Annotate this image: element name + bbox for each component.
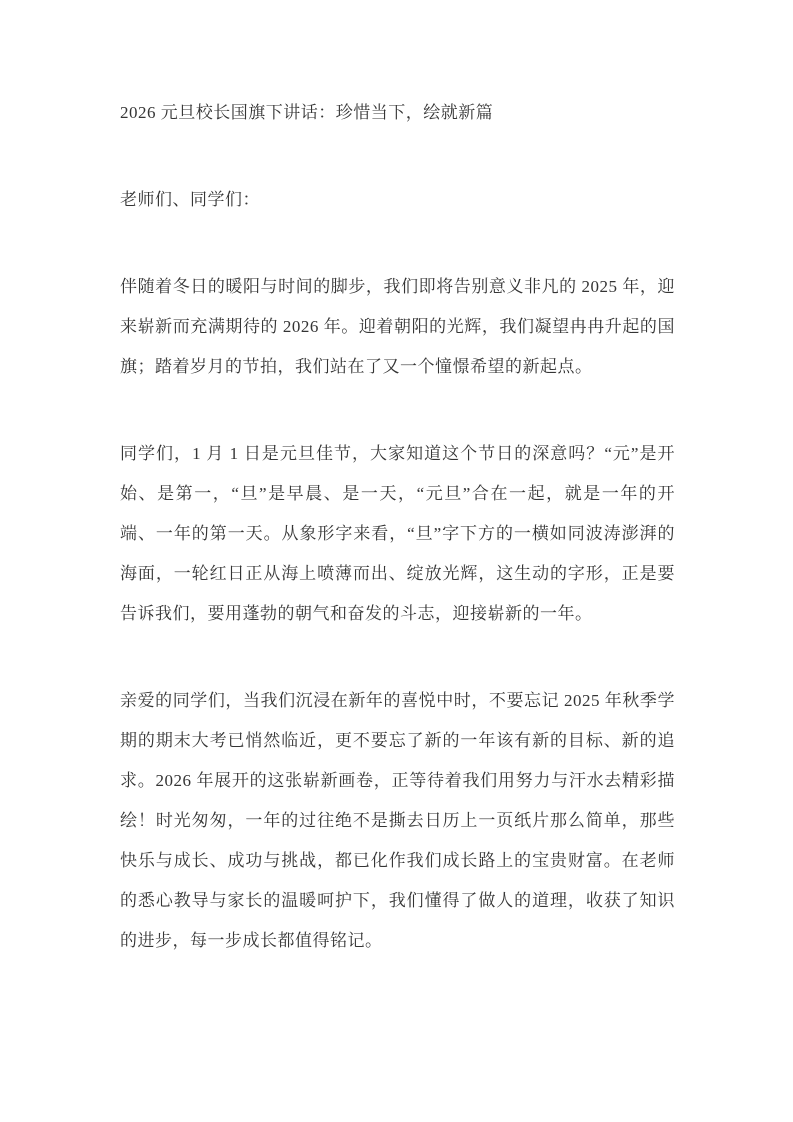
document-paragraph-3: 亲爱的同学们，当我们沉浸在新年的喜悦中时，不要忘记 2025 年秋季学期的期末大…	[120, 681, 675, 961]
document-paragraph-2: 同学们，1 月 1 日是元旦佳节，大家知道这个节日的深意吗？“元”是开始、是第一…	[120, 434, 675, 634]
document-page: 2026 元旦校长国旗下讲话：珍惜当下，绘就新篇 老师们、同学们： 伴随着冬日的…	[0, 0, 793, 1122]
document-salutation: 老师们、同学们：	[120, 180, 675, 220]
document-paragraph-1: 伴随着冬日的暖阳与时间的脚步，我们即将告别意义非凡的 2025 年，迎来崭新而充…	[120, 267, 675, 387]
document-title: 2026 元旦校长国旗下讲话：珍惜当下，绘就新篇	[120, 93, 675, 133]
